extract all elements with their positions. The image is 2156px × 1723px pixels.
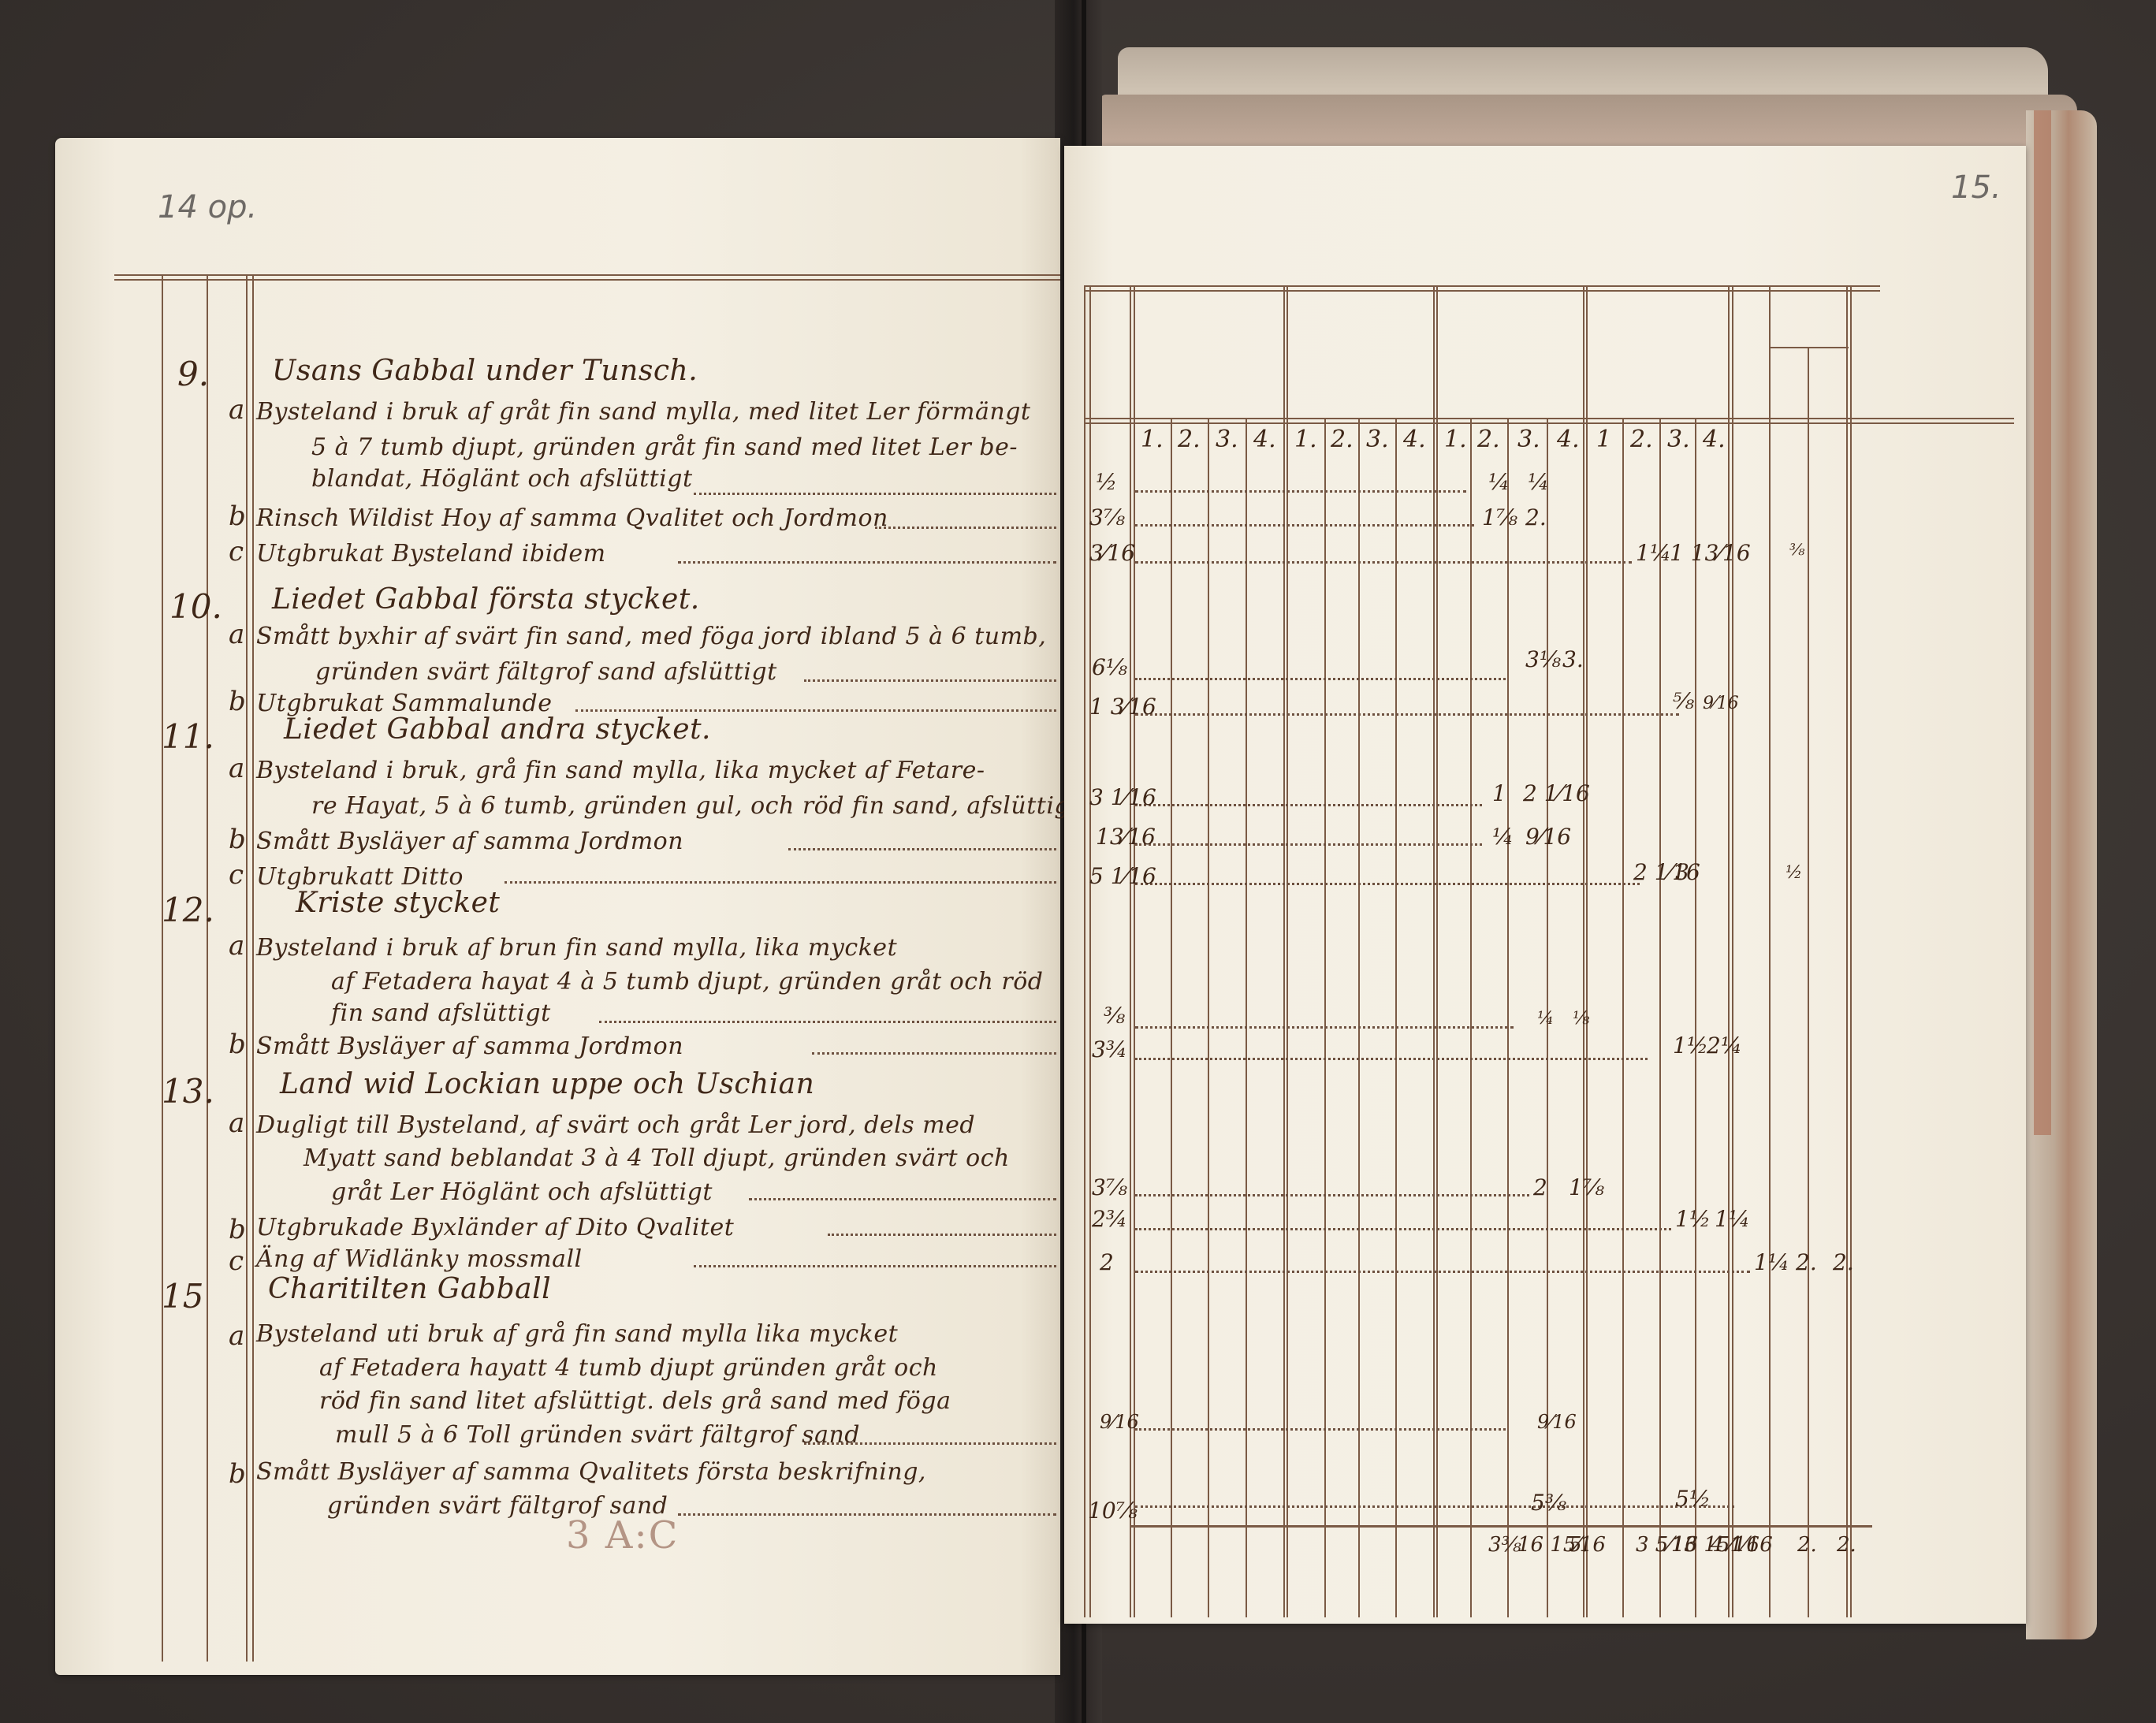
item-line: blandat, Höglänt och afslüttigt: [311, 465, 693, 493]
col-line: [1586, 285, 1588, 1617]
entry-number: 11.: [162, 717, 214, 756]
item-line: Utgbrukade Byxländer af Dito Qvalitet: [256, 1214, 734, 1241]
item-line: Smått Bysläyer af samma Jordmon: [256, 828, 683, 855]
col-line: [1728, 285, 1730, 1617]
subcol-line: [1470, 418, 1472, 1617]
col-header: 3.: [1216, 426, 1238, 453]
row-total: 5 1⁄16: [1089, 863, 1156, 889]
cell-value: 2 1⁄16: [1633, 859, 1700, 885]
row-leader: [1135, 804, 1482, 806]
row-leader: [1135, 1228, 1671, 1230]
row-total: 10⅞: [1088, 1498, 1138, 1524]
item-line: af Fetadera hayat 4 à 5 tumb djupt, grün…: [331, 968, 1044, 995]
subcol-line: [1246, 418, 1247, 1617]
subcol-line: [1695, 418, 1696, 1617]
cell-value: ¼: [1492, 824, 1514, 850]
row-leader: [1135, 1428, 1506, 1431]
leader-dots: [804, 1442, 1056, 1445]
right-subheader-rule: [1084, 418, 2014, 419]
cell-value: 1⅞: [1569, 1174, 1604, 1200]
cell-value: 1½: [1675, 1206, 1711, 1232]
entry-number: 13.: [162, 1072, 214, 1111]
subcol-line: [1358, 418, 1360, 1617]
row-total: 2: [1100, 1249, 1114, 1275]
total-value: 2.: [1837, 1533, 1856, 1557]
entry-title: Land wid Lockian uppe och Uschian: [280, 1068, 814, 1100]
item-line: Bysteland uti bruk af grå fin sand mylla…: [256, 1320, 898, 1348]
subcol-line: [1324, 418, 1326, 1617]
left-header-rule: [114, 274, 1060, 276]
left-margin-line-1: [162, 274, 163, 1662]
cell-value: ¼: [1488, 469, 1510, 495]
leader-dots: [875, 527, 1056, 529]
cell-value: ⅜: [1789, 540, 1804, 559]
leather-binding-strip: [2034, 110, 2051, 1135]
total-value: 16 15⁄16: [1517, 1533, 1606, 1557]
row-leader: [1135, 561, 1632, 564]
row-leader: [1135, 1505, 1734, 1508]
item-line: gründen svärt fältgrof sand afslüttigt: [315, 658, 777, 686]
cell-value: 1¼: [1715, 1206, 1750, 1232]
item-line: röd fin sand litet afslüttigt. dels grå …: [319, 1387, 951, 1415]
totals-rule: [1131, 1525, 1872, 1528]
row-total: 3 1⁄16: [1089, 784, 1156, 810]
row-leader: [1135, 678, 1506, 680]
leader-dots: [575, 709, 1056, 712]
cell-value: 3: [1675, 859, 1689, 885]
left-margin-line-2: [207, 274, 208, 1662]
col-header: 4.: [1403, 426, 1426, 453]
total-value: 2.: [1797, 1533, 1817, 1557]
page-number: 15.: [1951, 169, 2001, 206]
item-line: af Fetadera hayatt 4 tumb djupt gründen …: [319, 1354, 938, 1382]
col-line: [1436, 285, 1438, 1617]
col-header: 3.: [1667, 426, 1690, 453]
right-top-rule: [1084, 285, 1880, 287]
item-line: Bysteland i bruk af brun fin sand mylla,…: [256, 934, 897, 962]
item-line: Myatt sand beblandat 3 à 4 Toll djupt, g…: [303, 1144, 1010, 1172]
row-total: 3⁄16: [1089, 540, 1135, 566]
col-line: [1089, 285, 1091, 1617]
cell-value: 9⁄16: [1703, 694, 1739, 713]
cell-value: 3⅛: [1525, 646, 1561, 672]
col-line: [1769, 285, 1771, 1617]
cell-value: 9⁄16: [1537, 1411, 1577, 1433]
split-col-rule: [1770, 347, 1849, 348]
col-line: [1084, 285, 1085, 1617]
cell-value: 2: [1533, 1174, 1547, 1200]
item-line: Dugligt till Bysteland, af svärt och grå…: [256, 1111, 975, 1139]
col-header: 3.: [1366, 426, 1389, 453]
leader-dots: [812, 1052, 1056, 1055]
row-total: 1 3⁄16: [1089, 694, 1156, 720]
item-letter: c: [229, 859, 244, 891]
entry-title: Usans Gabbal under Tunsch.: [272, 355, 698, 387]
entry-number: 9.: [177, 355, 209, 393]
pencil-annotation: 14 op.: [158, 189, 257, 225]
col-line: [1850, 285, 1852, 1617]
total-value: 3⅜: [1488, 1533, 1521, 1557]
cell-value: 2.: [1525, 504, 1547, 530]
row-leader: [1135, 1026, 1514, 1029]
subcol-line: [1208, 418, 1209, 1617]
cell-value: ⅛: [1573, 1009, 1589, 1029]
subcol-line: [1659, 418, 1661, 1617]
leader-dots: [804, 679, 1056, 682]
cell-value: 1¼: [1636, 540, 1671, 566]
left-margin-line-3: [246, 274, 248, 1662]
subcol-line: [1622, 418, 1624, 1617]
col-header: 4.: [1557, 426, 1580, 453]
item-letter: a: [229, 930, 244, 962]
cell-value: 2¼: [1707, 1033, 1742, 1059]
item-letter: b: [229, 824, 246, 855]
right-top-rule-2: [1084, 290, 1880, 292]
cell-value: ½: [1785, 863, 1802, 883]
item-line: Smått Bysläyer af samma Jordmon: [256, 1033, 683, 1060]
row-total: 2¾: [1092, 1206, 1127, 1232]
cell-value: 2.: [1833, 1249, 1854, 1275]
item-letter: c: [229, 1245, 244, 1277]
row-total: 13⁄16: [1096, 824, 1156, 850]
cell-value: 9⁄16: [1525, 824, 1571, 850]
row-total: ½: [1096, 469, 1117, 495]
cell-value: 2 1⁄16: [1523, 780, 1590, 806]
item-letter: a: [229, 753, 244, 784]
leader-dots: [505, 881, 1056, 884]
subcol-line: [1395, 418, 1397, 1617]
right-subheader-rule-2: [1084, 422, 2014, 424]
item-line: Smått Bysläyer af samma Qvalitets första…: [256, 1458, 926, 1486]
col-header: 1: [1596, 426, 1611, 453]
cell-value: 1½: [1673, 1033, 1708, 1059]
cell-value: 5½: [1675, 1486, 1711, 1512]
subcol-line: [1507, 418, 1509, 1617]
cell-value: ¼: [1528, 469, 1549, 495]
cell-value: 1 13⁄16: [1670, 540, 1751, 566]
entry-number: 10.: [169, 587, 222, 626]
item-line: fin sand afslüttigt: [331, 999, 551, 1027]
row-total: 3¾: [1092, 1036, 1127, 1062]
item-line: Utgbrukat Bysteland ibidem: [256, 540, 606, 568]
col-header: 2.: [1477, 426, 1500, 453]
item-letter: a: [229, 394, 244, 426]
item-letter: c: [229, 536, 244, 568]
col-line: [1433, 285, 1435, 1617]
archive-stamp: 3 A:C: [566, 1513, 679, 1557]
row-leader: [1135, 843, 1482, 846]
col-line: [1283, 285, 1285, 1617]
leader-dots: [828, 1234, 1056, 1236]
col-line: [1846, 285, 1848, 1617]
item-line: Bysteland i bruk af gråt fin sand mylla,…: [256, 398, 1030, 426]
item-line: re Hayat, 5 à 6 tumb, gründen gul, och r…: [311, 792, 1080, 820]
item-letter: b: [229, 1214, 246, 1245]
col-header: 4.: [1703, 426, 1726, 453]
row-leader: [1135, 524, 1474, 527]
row-leader: [1135, 1271, 1750, 1273]
entry-title: Kriste stycket: [296, 887, 500, 919]
col-header: 1.: [1141, 426, 1164, 453]
cell-value: ¼: [1537, 1009, 1554, 1029]
row-leader: [1135, 1194, 1529, 1196]
item-letter: b: [229, 686, 246, 717]
entry-title: Charitilten Gabball: [268, 1273, 551, 1305]
leader-dots: [749, 1198, 1056, 1200]
item-line: Äng af Widlänky mossmall: [256, 1245, 583, 1273]
total-value: 4 1⁄16: [1711, 1533, 1773, 1557]
item-letter: a: [229, 619, 244, 650]
entry-title: Liedet Gabbal andra stycket.: [284, 713, 711, 746]
item-line: 5 à 7 tumb djupt, gründen gråt fin sand …: [311, 434, 1018, 461]
total-value: 5.: [1569, 1533, 1588, 1557]
row-leader: [1135, 713, 1679, 716]
subcol-line: [1171, 418, 1172, 1617]
entry-title: Liedet Gabbal första stycket.: [272, 583, 700, 616]
cell-value: 3.: [1562, 646, 1584, 672]
item-line: mull 5 à 6 Toll gründen svärt fältgrof s…: [335, 1421, 860, 1449]
row-leader: [1135, 883, 1640, 885]
col-line: [1583, 285, 1584, 1617]
row-total: ⅜: [1104, 1003, 1125, 1029]
item-letter: b: [229, 1458, 246, 1490]
item-letter: b: [229, 1029, 246, 1060]
col-header: 1.: [1294, 426, 1317, 453]
col-header: 2.: [1630, 426, 1653, 453]
row-leader: [1135, 1058, 1648, 1060]
item-line: Bysteland i bruk, grå fin sand mylla, li…: [256, 757, 985, 784]
col-header: 2.: [1331, 426, 1354, 453]
leader-dots: [694, 493, 1056, 495]
leader-dots: [694, 1265, 1056, 1267]
leader-dots: [678, 561, 1056, 564]
left-margin-line-4: [252, 274, 254, 1662]
cell-value: ⅝: [1673, 688, 1694, 714]
row-total: 9⁄16: [1100, 1411, 1139, 1433]
item-line: Smått byxhir af svärt fin sand, med föga…: [256, 623, 1046, 650]
col-header: 1.: [1444, 426, 1467, 453]
cell-value: 1⅞: [1482, 504, 1517, 530]
col-line: [1287, 285, 1288, 1617]
row-total: 3⅞: [1092, 1174, 1127, 1200]
item-letter: a: [229, 1320, 244, 1352]
col-line: [1732, 285, 1733, 1617]
col-line: [1808, 347, 1809, 1617]
item-letter: a: [229, 1107, 244, 1139]
cell-value: 5⅜: [1531, 1490, 1566, 1516]
item-line: gråt Ler Höglänt och afslüttigt: [331, 1178, 713, 1206]
entry-number: 12.: [162, 891, 214, 929]
col-header: 4.: [1253, 426, 1276, 453]
leader-dots: [788, 848, 1056, 850]
col-header: 2.: [1178, 426, 1201, 453]
row-total: 3⅞: [1089, 504, 1125, 530]
item-line: Rinsch Wildist Hoy af samma Qvalitet och…: [256, 504, 888, 532]
cell-value: 2.: [1796, 1249, 1817, 1275]
leader-dots: [678, 1513, 1056, 1516]
left-header-rule-2: [114, 279, 1060, 281]
row-leader: [1135, 490, 1466, 493]
leader-dots: [599, 1021, 1056, 1023]
row-total: 6⅛: [1092, 654, 1127, 680]
col-header: 3.: [1517, 426, 1540, 453]
entry-number: 15: [162, 1277, 203, 1316]
cell-value: 1: [1492, 780, 1506, 806]
item-letter: b: [229, 501, 246, 532]
cell-value: 1¼: [1754, 1249, 1789, 1275]
